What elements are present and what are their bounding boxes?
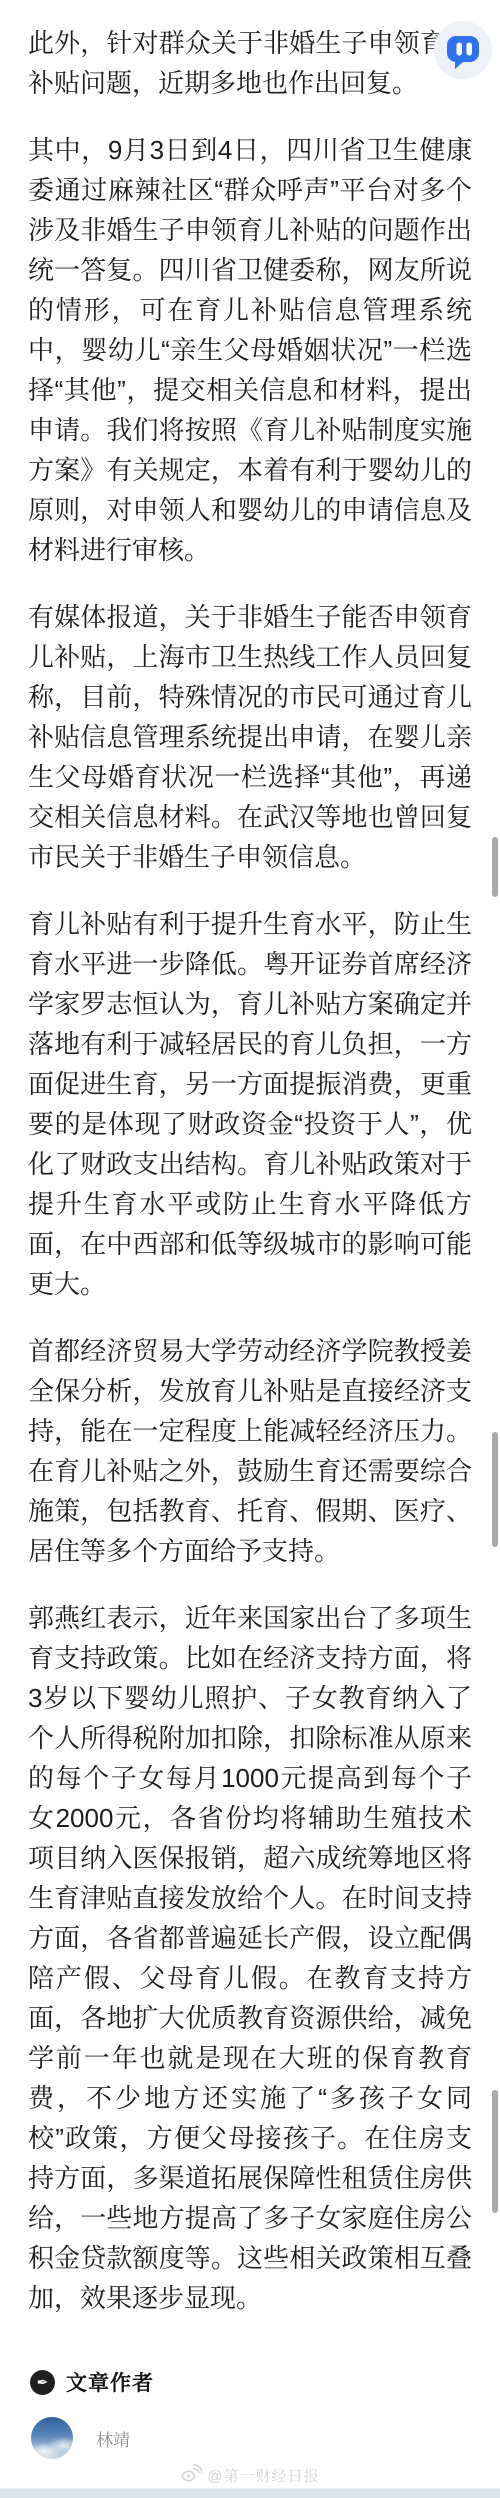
author-section-title: 文章作者	[66, 2367, 154, 2397]
robot-chat-icon	[434, 66, 492, 83]
article-paragraph: 其中，9月3日到4日，四川省卫生健康委通过麻辣社区“群众呼声”平台对多个涉及非婚…	[28, 130, 472, 570]
article-paragraph: 有媒体报道，关于非婚生子能否申领育儿补贴，上海市卫生热线工作人员回复称，目前，特…	[28, 597, 472, 877]
article-body: 此外，针对群众关于非婚生子申领育儿补贴问题，近期多地也作出回复。 其中，9月3日…	[28, 23, 472, 2345]
scrollbar-thumb[interactable]	[492, 1432, 498, 1547]
watermark-text: @第一财经日报	[207, 2465, 319, 2486]
weibo-logo-icon	[180, 2463, 202, 2487]
author-row: 林靖	[31, 2417, 130, 2459]
scrollbar-thumb[interactable]	[492, 837, 498, 897]
author-avatar[interactable]	[31, 2417, 73, 2459]
watermark: @第一财经日报	[0, 2463, 500, 2487]
article-paragraph: 首都经济贸易大学劳动经济学院教授姜全保分析，发放育儿补贴是直接经济支持，能在一定…	[28, 1331, 472, 1571]
scrollbar-thumb[interactable]	[492, 2090, 498, 2213]
article-paragraph: 育儿补贴有利于提升生育水平，防止生育水平进一步降低。粤开证券首席经济学家罗志恒认…	[28, 904, 472, 1304]
ai-robot-button[interactable]	[434, 21, 492, 79]
pen-icon: ✒	[30, 2370, 55, 2395]
article-paragraph: 此外，针对群众关于非婚生子申领育儿补贴问题，近期多地也作出回复。	[28, 23, 472, 103]
author-section-header: ✒ 文章作者	[30, 2369, 154, 2395]
author-name[interactable]: 林靖	[96, 2426, 130, 2451]
article-paragraph: 郭燕红表示，近年来国家出台了多项生育支持政策。比如在经济支持方面，将3岁以下婴幼…	[28, 1598, 472, 2318]
bottom-bar-edge	[0, 2488, 500, 2498]
